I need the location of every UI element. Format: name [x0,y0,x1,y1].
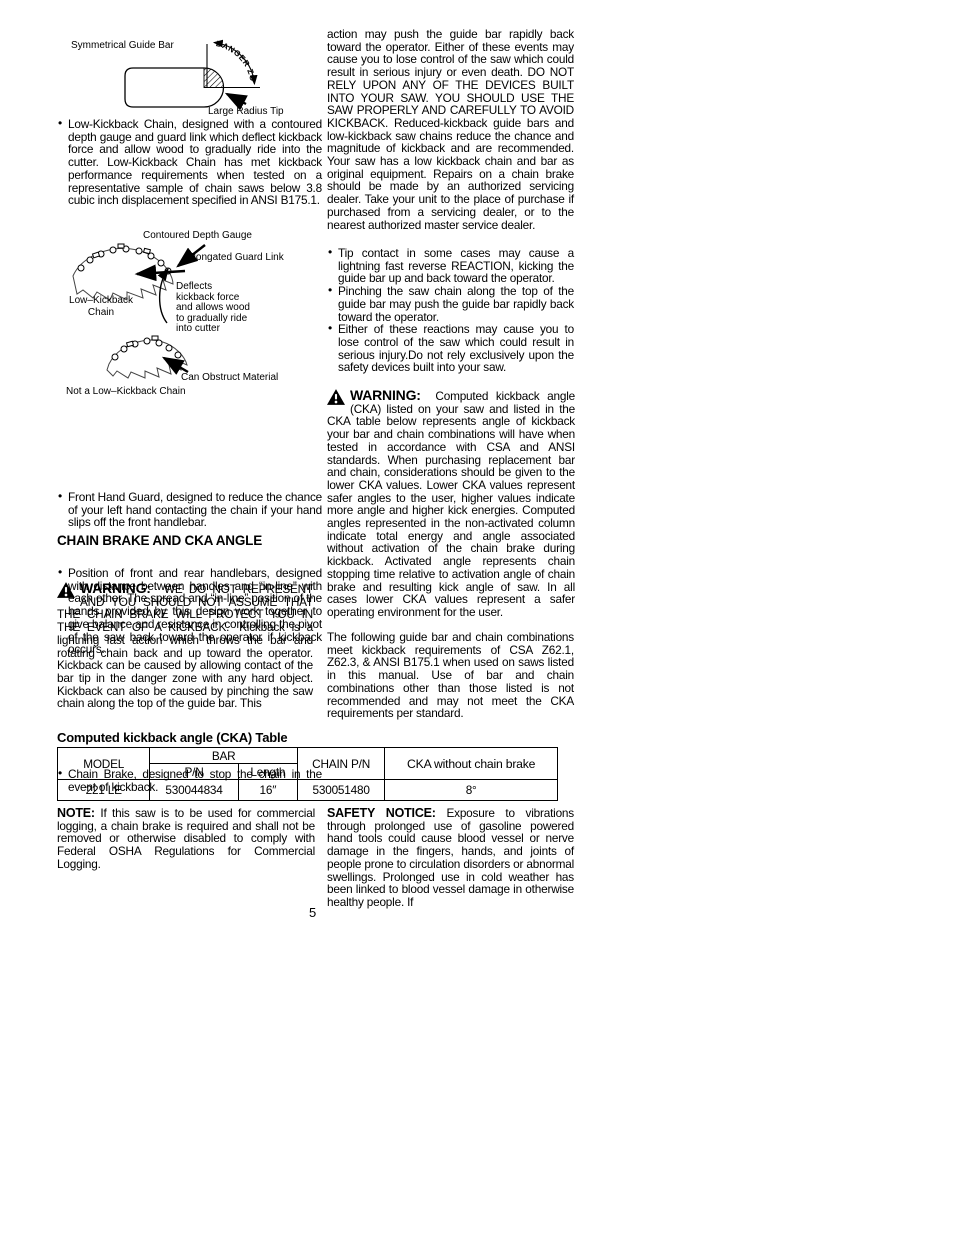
cell-bar-length: 16″ [238,780,297,801]
bullet-either-reaction: Either of these reactions may cause you … [327,323,574,374]
warning-body-text: Kickback is a lightning fast action whic… [57,620,313,710]
bullet-low-kickback-chain: Low-Kickback Chain, designed with a cont… [57,118,322,207]
safety-notice-text: Exposure to vibrations through prolonged… [327,806,574,909]
page-number: 5 [309,905,316,920]
deflects-line-5: into cutter [176,323,221,334]
cell-cka: 8° [385,780,558,801]
col-header-chain-pn: CHAIN P/N [297,748,384,780]
guide-bar-title: Symmetrical Guide Bar [71,40,174,51]
warning-block-right: WARNING: Computed kickback angle (CKA) l… [327,389,575,619]
deflects-line-1: Deflects [176,281,212,292]
col-header-bar: BAR [150,748,298,764]
table-title: Computed kickback angle (CKA) Table [57,731,287,745]
col-header-cka: CKA without chain brake [385,748,558,780]
bullet-pinching: Pinching the saw chain along the top of … [327,285,574,323]
note-paragraph: NOTE: If this saw is to be used for comm… [57,807,315,871]
deflects-line-3: and allows wood [176,302,250,313]
right-paragraph-1: action may push the guide bar rapidly ba… [327,28,574,231]
table-row: 221 LE 530044834 16″ 530051480 8° [58,780,558,801]
low-kickback-chain-label-line2: Chain [88,307,114,318]
note-text: If this saw is to be used for commercial… [57,806,315,871]
warning-block-left: WARNING: WE DO NOT REPRESENT AND YOU SHO… [57,582,313,710]
wood-block-2 [107,340,187,378]
warning-icon [327,389,345,405]
safety-notice-paragraph: SAFETY NOTICE: Exposure to vibrations th… [327,807,574,909]
tip-label: Large Radius Tip [208,106,284,117]
warning-body-text: Computed kickback angle (CKA) listed on … [327,389,575,619]
guide-bar-diagram: Symmetrical Guide Bar DANGER ZONE Large … [57,36,303,122]
col-header-model: MODEL [58,748,150,780]
depth-gauge-label: Contoured Depth Gauge [143,230,252,241]
obstruct-label: Can Obstruct Material [181,372,278,383]
bullet-tip-contact: Tip contact in some cases may cause a li… [327,247,574,285]
cell-chain-pn: 530051480 [297,780,384,801]
not-low-kickback-label: Not a Low–Kickback Chain [66,386,186,397]
cell-model: 221 LE [58,780,150,801]
guard-link-label: Elongated Guard Link [187,252,285,263]
low-kickback-chain-label-line1: Low–Kickback [69,295,134,306]
chain-diagram: Contoured Depth Gauge Elongated Guard Li… [57,222,317,400]
right-paragraph-2: The following guide bar and chain combin… [327,631,574,720]
tip-arrow [227,94,246,104]
right-bullet-list: Tip contact in some cases may cause a li… [327,247,574,374]
section-heading-chain-brake: CHAIN BRAKE AND CKA ANGLE [57,534,311,548]
warning-icon [57,582,75,598]
bullet-front-hand-guard: Front Hand Guard, designed to reduce the… [57,491,322,529]
col-header-bar-length: Length [238,764,297,780]
wood-block-1 [73,248,173,300]
cka-table: MODEL BAR CHAIN P/N CKA without chain br… [57,747,558,801]
manual-page: Symmetrical Guide Bar DANGER ZONE Large … [0,0,954,1235]
warning-label: WARNING: [80,580,151,596]
warning-label: WARNING: [350,387,421,403]
col-header-bar-pn: P/N [150,764,238,780]
cell-bar-pn: 530044834 [150,780,238,801]
